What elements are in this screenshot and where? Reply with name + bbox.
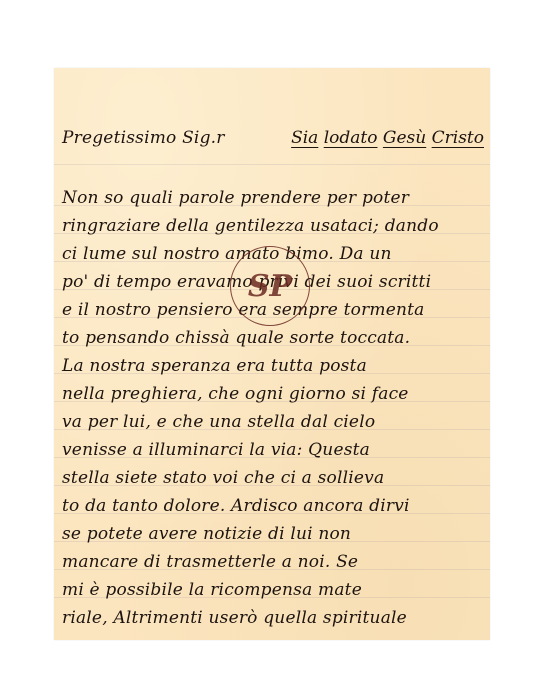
letter-line: ringraziare della gentilezza usataci; da… bbox=[62, 216, 486, 236]
letter-line: mancare di trasmetterle a noi. Se bbox=[62, 552, 486, 572]
letter-line: Non so quali parole prendere per poter bbox=[62, 188, 486, 208]
stamp-monogram: SP bbox=[248, 269, 292, 304]
invocation-word: Cristo bbox=[432, 128, 484, 148]
letter-page: Pregetissimo Sig.r Sia lodato Gesù Crist… bbox=[54, 68, 490, 640]
letter-line: to da tanto dolore. Ardisco ancora dirvi bbox=[62, 496, 486, 516]
letter-line: nella preghiera, che ogni giorno si face bbox=[62, 384, 486, 404]
letter-line: La nostra speranza era tutta posta bbox=[62, 356, 486, 376]
monogram-stamp: SP bbox=[230, 246, 310, 326]
letter-line: riale, Altrimenti userò quella spiritual… bbox=[62, 608, 486, 628]
invocation-word: Gesù bbox=[383, 128, 426, 148]
letter-line: venisse a illuminarci la via: Questa bbox=[62, 440, 486, 460]
invocation-word: Sia bbox=[291, 128, 318, 148]
letter-line: to pensando chissà quale sorte toccata. bbox=[62, 328, 486, 348]
letter-line: mi è possibile la ricompensa mate bbox=[62, 580, 486, 600]
letter-line: stella siete stato voi che ci a sollieva bbox=[62, 468, 486, 488]
invocation: Sia lodato Gesù Cristo bbox=[291, 128, 484, 148]
letter-line: se potete avere notizie di lui non bbox=[62, 524, 486, 544]
letter-line: va per lui, e che una stella dal cielo bbox=[62, 412, 486, 432]
ruled-line bbox=[54, 164, 490, 165]
invocation-word: lodato bbox=[324, 128, 378, 148]
